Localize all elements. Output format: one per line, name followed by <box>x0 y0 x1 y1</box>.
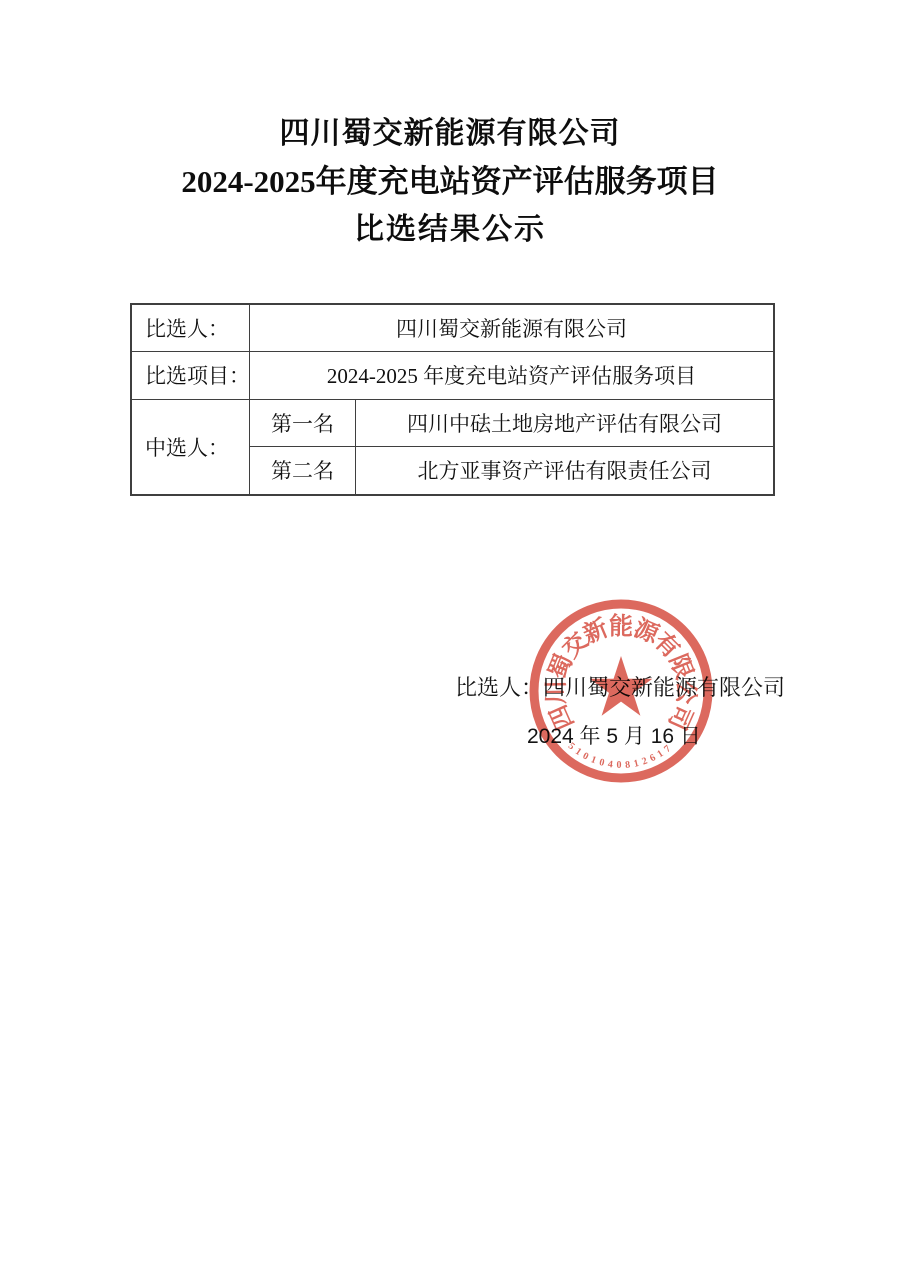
table-cell-rank2-label: 第二名 <box>250 447 356 494</box>
signature-line: 比选人：四川蜀交新能源有限公司 <box>455 671 785 702</box>
page-title-line-2: 2024-2025年度充电站资产评估服务项目 <box>0 156 900 201</box>
table-cell-rank2-value: 北方亚事资产评估有限责任公司 <box>356 447 773 494</box>
table-cell-selector-label: 比选人： <box>132 305 250 352</box>
signature-date: 2024 年 5 月 16 日 <box>527 720 701 750</box>
seal-arc-char: 源 <box>630 615 664 650</box>
table-cell-rank1-value: 四川中砝土地房地产评估有限公司 <box>356 400 773 447</box>
table-cell-project-label: 比选项目： <box>132 352 250 399</box>
result-table: 比选人： 四川蜀交新能源有限公司 比选项目： 2024-2025 年度充电站资产… <box>130 303 775 496</box>
seal-arc-char: 有 <box>649 627 686 664</box>
table-cell-project-value: 2024-2025 年度充电站资产评估服务项目 <box>250 352 773 399</box>
document-page: 四川蜀交新能源有限公司 2024-2025年度充电站资产评估服务项目 比选结果公… <box>0 0 900 1272</box>
table-cell-selector-value: 四川蜀交新能源有限公司 <box>250 305 773 352</box>
page-title-line-3: 比选结果公示 <box>0 204 900 248</box>
table-cell-winner-label: 中选人： <box>132 400 250 495</box>
seal-arc-char: 能 <box>609 612 633 640</box>
seal-arc-char: 新 <box>579 614 612 649</box>
seal-arc-char: 交 <box>557 627 593 663</box>
page-title-line-1: 四川蜀交新能源有限公司 <box>0 108 900 152</box>
table-cell-rank1-label: 第一名 <box>250 400 356 447</box>
